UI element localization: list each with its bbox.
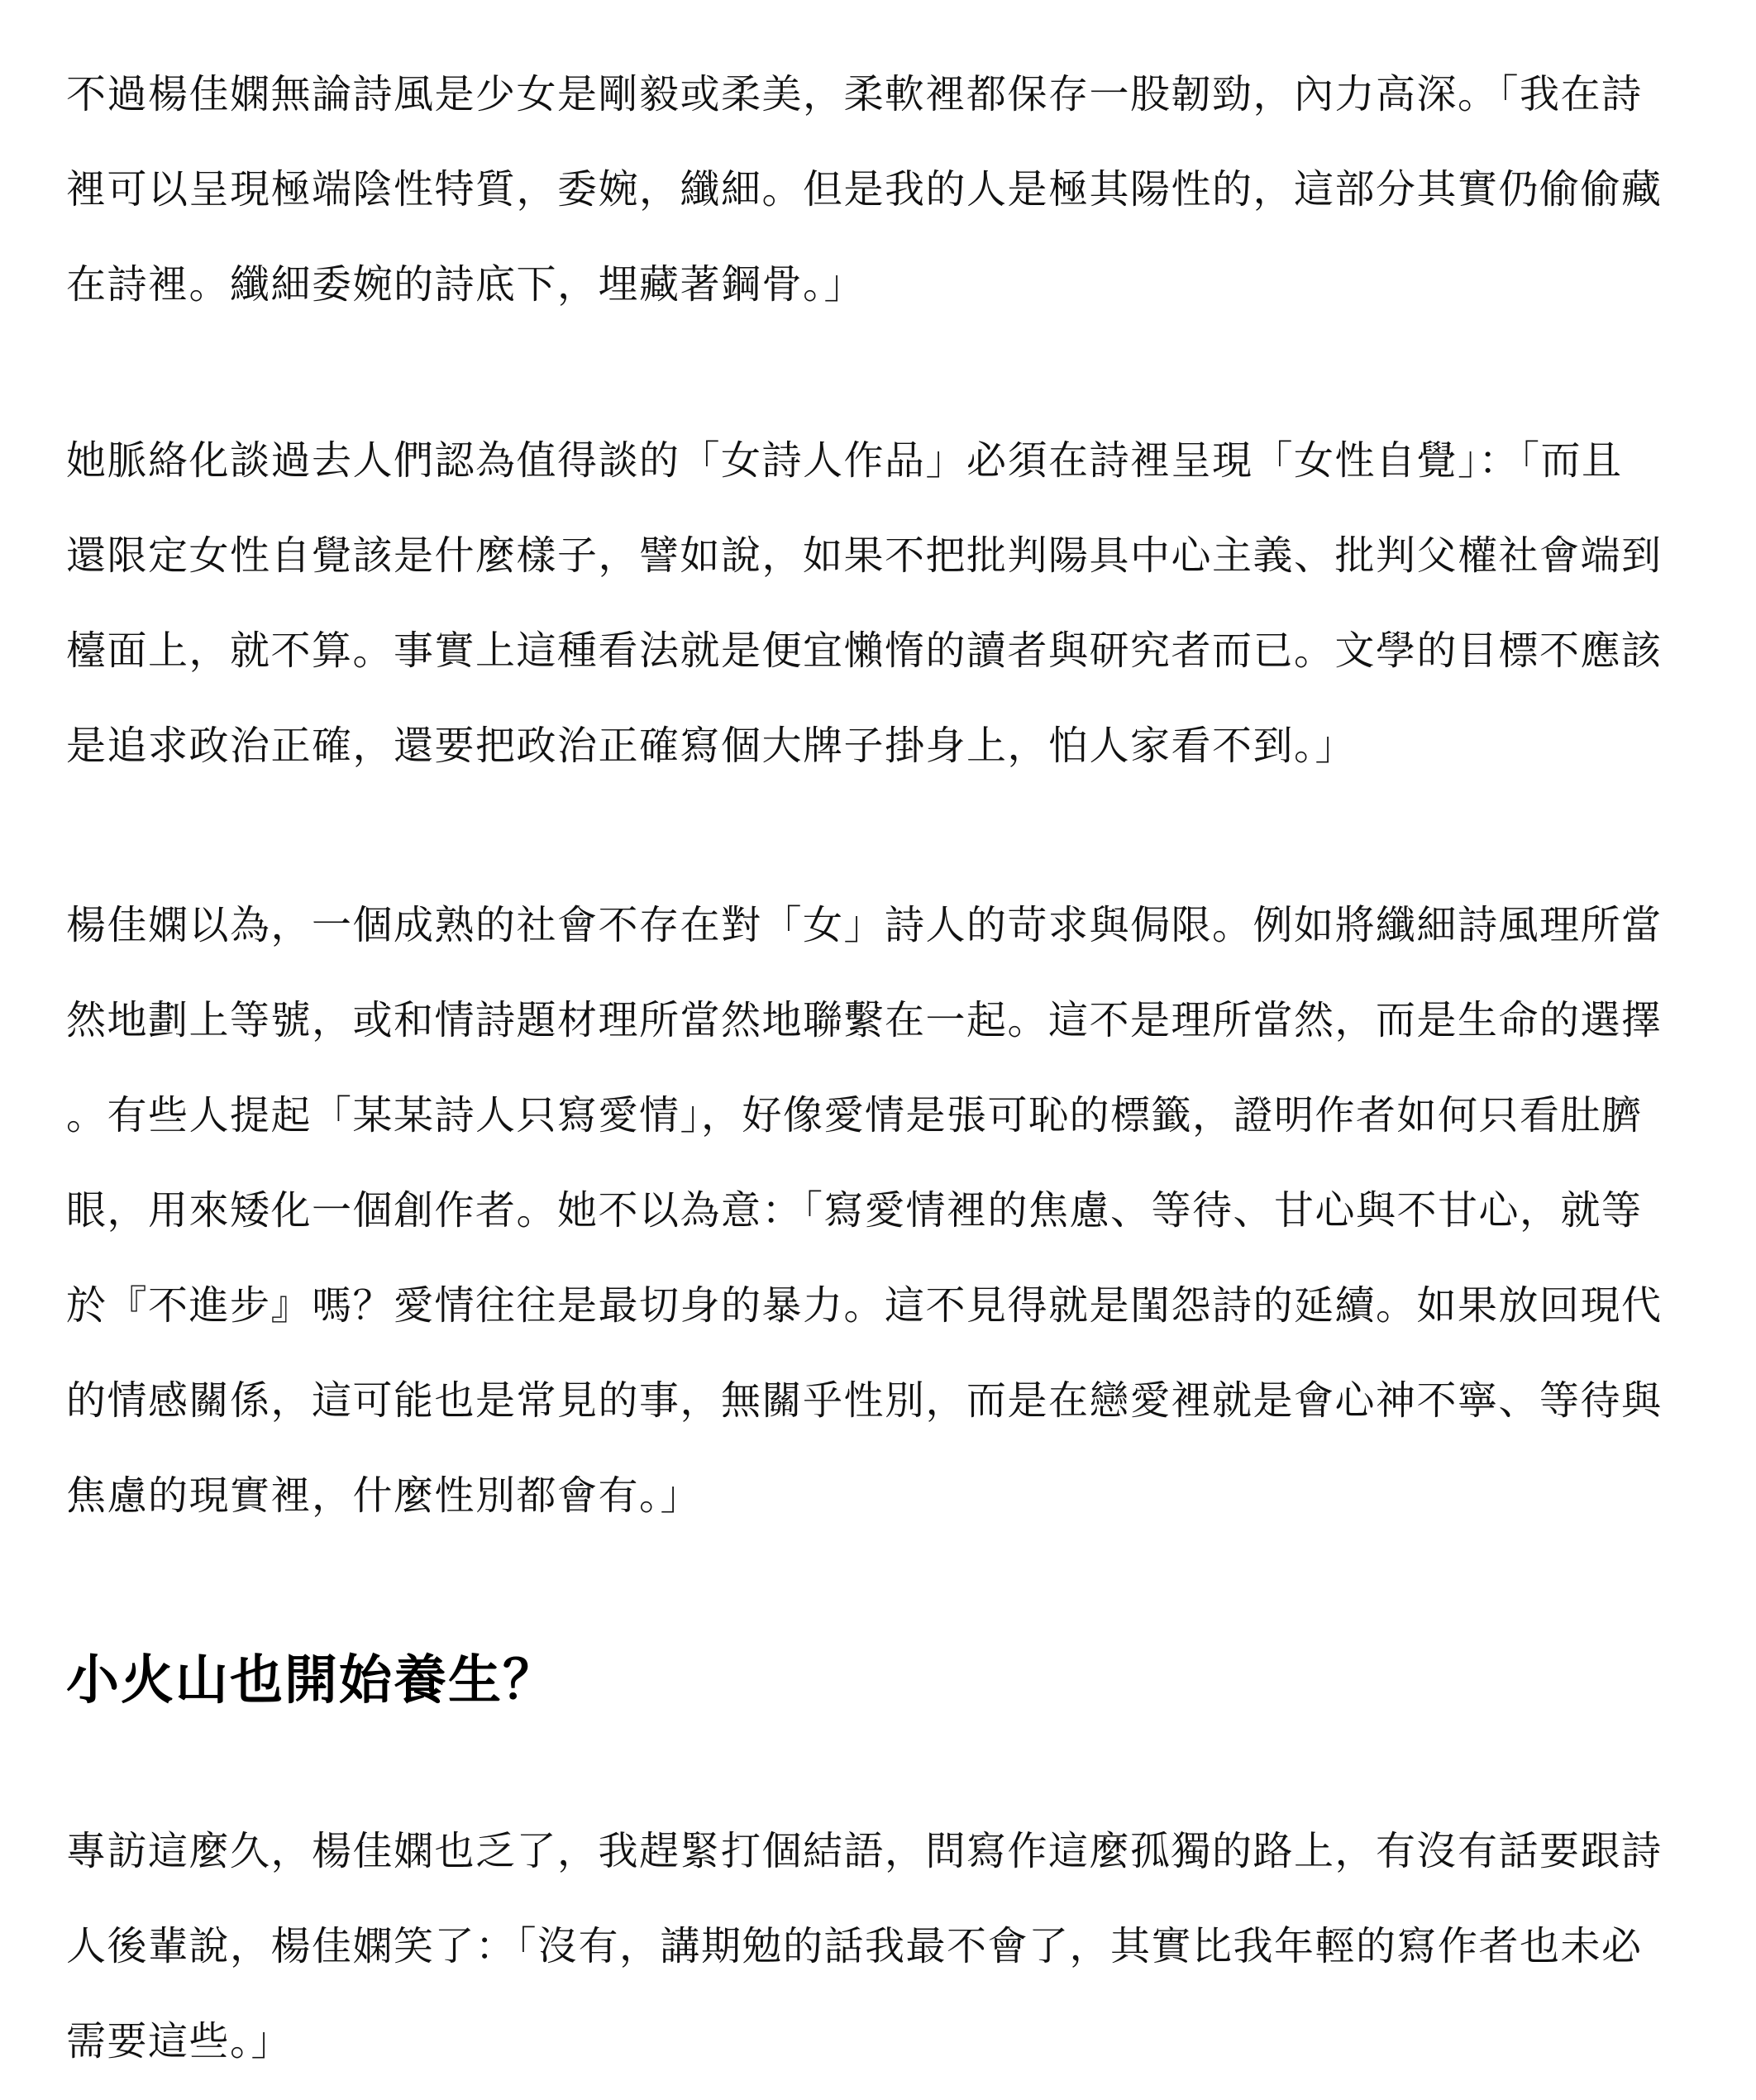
paragraph-line: 她脈絡化談過去人們認為值得談的「女詩人作品」必須在詩裡呈現「女性自覺」：「而且 xyxy=(66,413,1687,508)
paragraph-line: 的情感關係，這可能也是常見的事，無關乎性別，而是在戀愛裡就是會心神不寧、等待與 xyxy=(66,1353,1687,1449)
paragraph-line: 於『不進步』嗎？愛情往往是最切身的暴力。這不見得就是閨怨詩的延續。如果放回現代 xyxy=(66,1258,1687,1353)
closing-paragraph: 專訪這麼久，楊佳嫻也乏了，我趕緊打個結語，問寫作這麼孤獨的路上，有沒有話要跟詩 … xyxy=(66,1804,1687,2089)
paragraph-line: 眼，用來矮化一個創作者。她不以為意：「寫愛情裡的焦慮、等待、甘心與不甘心，就等 xyxy=(66,1163,1687,1258)
paragraph-line: 在詩裡。纖細委婉的詩底下，埋藏著鋼骨。」 xyxy=(66,237,1687,332)
section-heading: 小火山也開始養生？ xyxy=(66,1639,557,1722)
paragraph-line: 不過楊佳嫻無論詩風是少女是剛毅或柔美，柔軟裡都保存一股韌勁，內力高深。「我在詩 xyxy=(66,47,1687,142)
paragraph-line: 檯面上，就不算。事實上這種看法就是便宜懶惰的讀者與研究者而已。文學的目標不應該 xyxy=(66,604,1687,699)
paragraph-line: 楊佳嫻以為，一個成熟的社會不存在對「女」詩人的苛求與侷限。例如將纖細詩風理所當 xyxy=(66,878,1687,973)
paragraph-line: 人後輩說，楊佳嫻笑了：「沒有，講期勉的話我最不會了，其實比我年輕的寫作者也未必 xyxy=(66,1899,1687,1994)
paragraph-1: 不過楊佳嫻無論詩風是少女是剛毅或柔美，柔軟裡都保存一股韌勁，內力高深。「我在詩 … xyxy=(66,47,1687,332)
paragraph-line: 。有些人提起「某某詩人只寫愛情」，好像愛情是張可恥的標籤，證明作者如何只看肚臍 xyxy=(66,1068,1687,1163)
paragraph-line: 還限定女性自覺該是什麼樣子，譬如說，如果不把批判陽具中心主義、批判父權社會端到 xyxy=(66,508,1687,604)
paragraph-line: 專訪這麼久，楊佳嫻也乏了，我趕緊打個結語，問寫作這麼孤獨的路上，有沒有話要跟詩 xyxy=(66,1804,1687,1899)
paragraph-line: 是追求政治正確，還要把政治正確寫個大牌子掛身上，怕人家看不到。」 xyxy=(66,699,1687,794)
paragraph-2: 她脈絡化談過去人們認為值得談的「女詩人作品」必須在詩裡呈現「女性自覺」：「而且 … xyxy=(66,413,1687,794)
paragraph-line: 需要這些。」 xyxy=(66,1994,1687,2089)
paragraph-line: 然地劃上等號，或和情詩題材理所當然地聯繫在一起。這不是理所當然，而是生命的選擇 xyxy=(66,973,1687,1068)
paragraph-line: 焦慮的現實裡，什麼性別都會有。」 xyxy=(66,1449,1687,1544)
paragraph-line: 裡可以呈現極端陰性特質，委婉，纖細。但是我的人是極其陽性的，這部分其實仍偷偷藏 xyxy=(66,142,1687,237)
paragraph-3: 楊佳嫻以為，一個成熟的社會不存在對「女」詩人的苛求與侷限。例如將纖細詩風理所當 … xyxy=(66,878,1687,1544)
